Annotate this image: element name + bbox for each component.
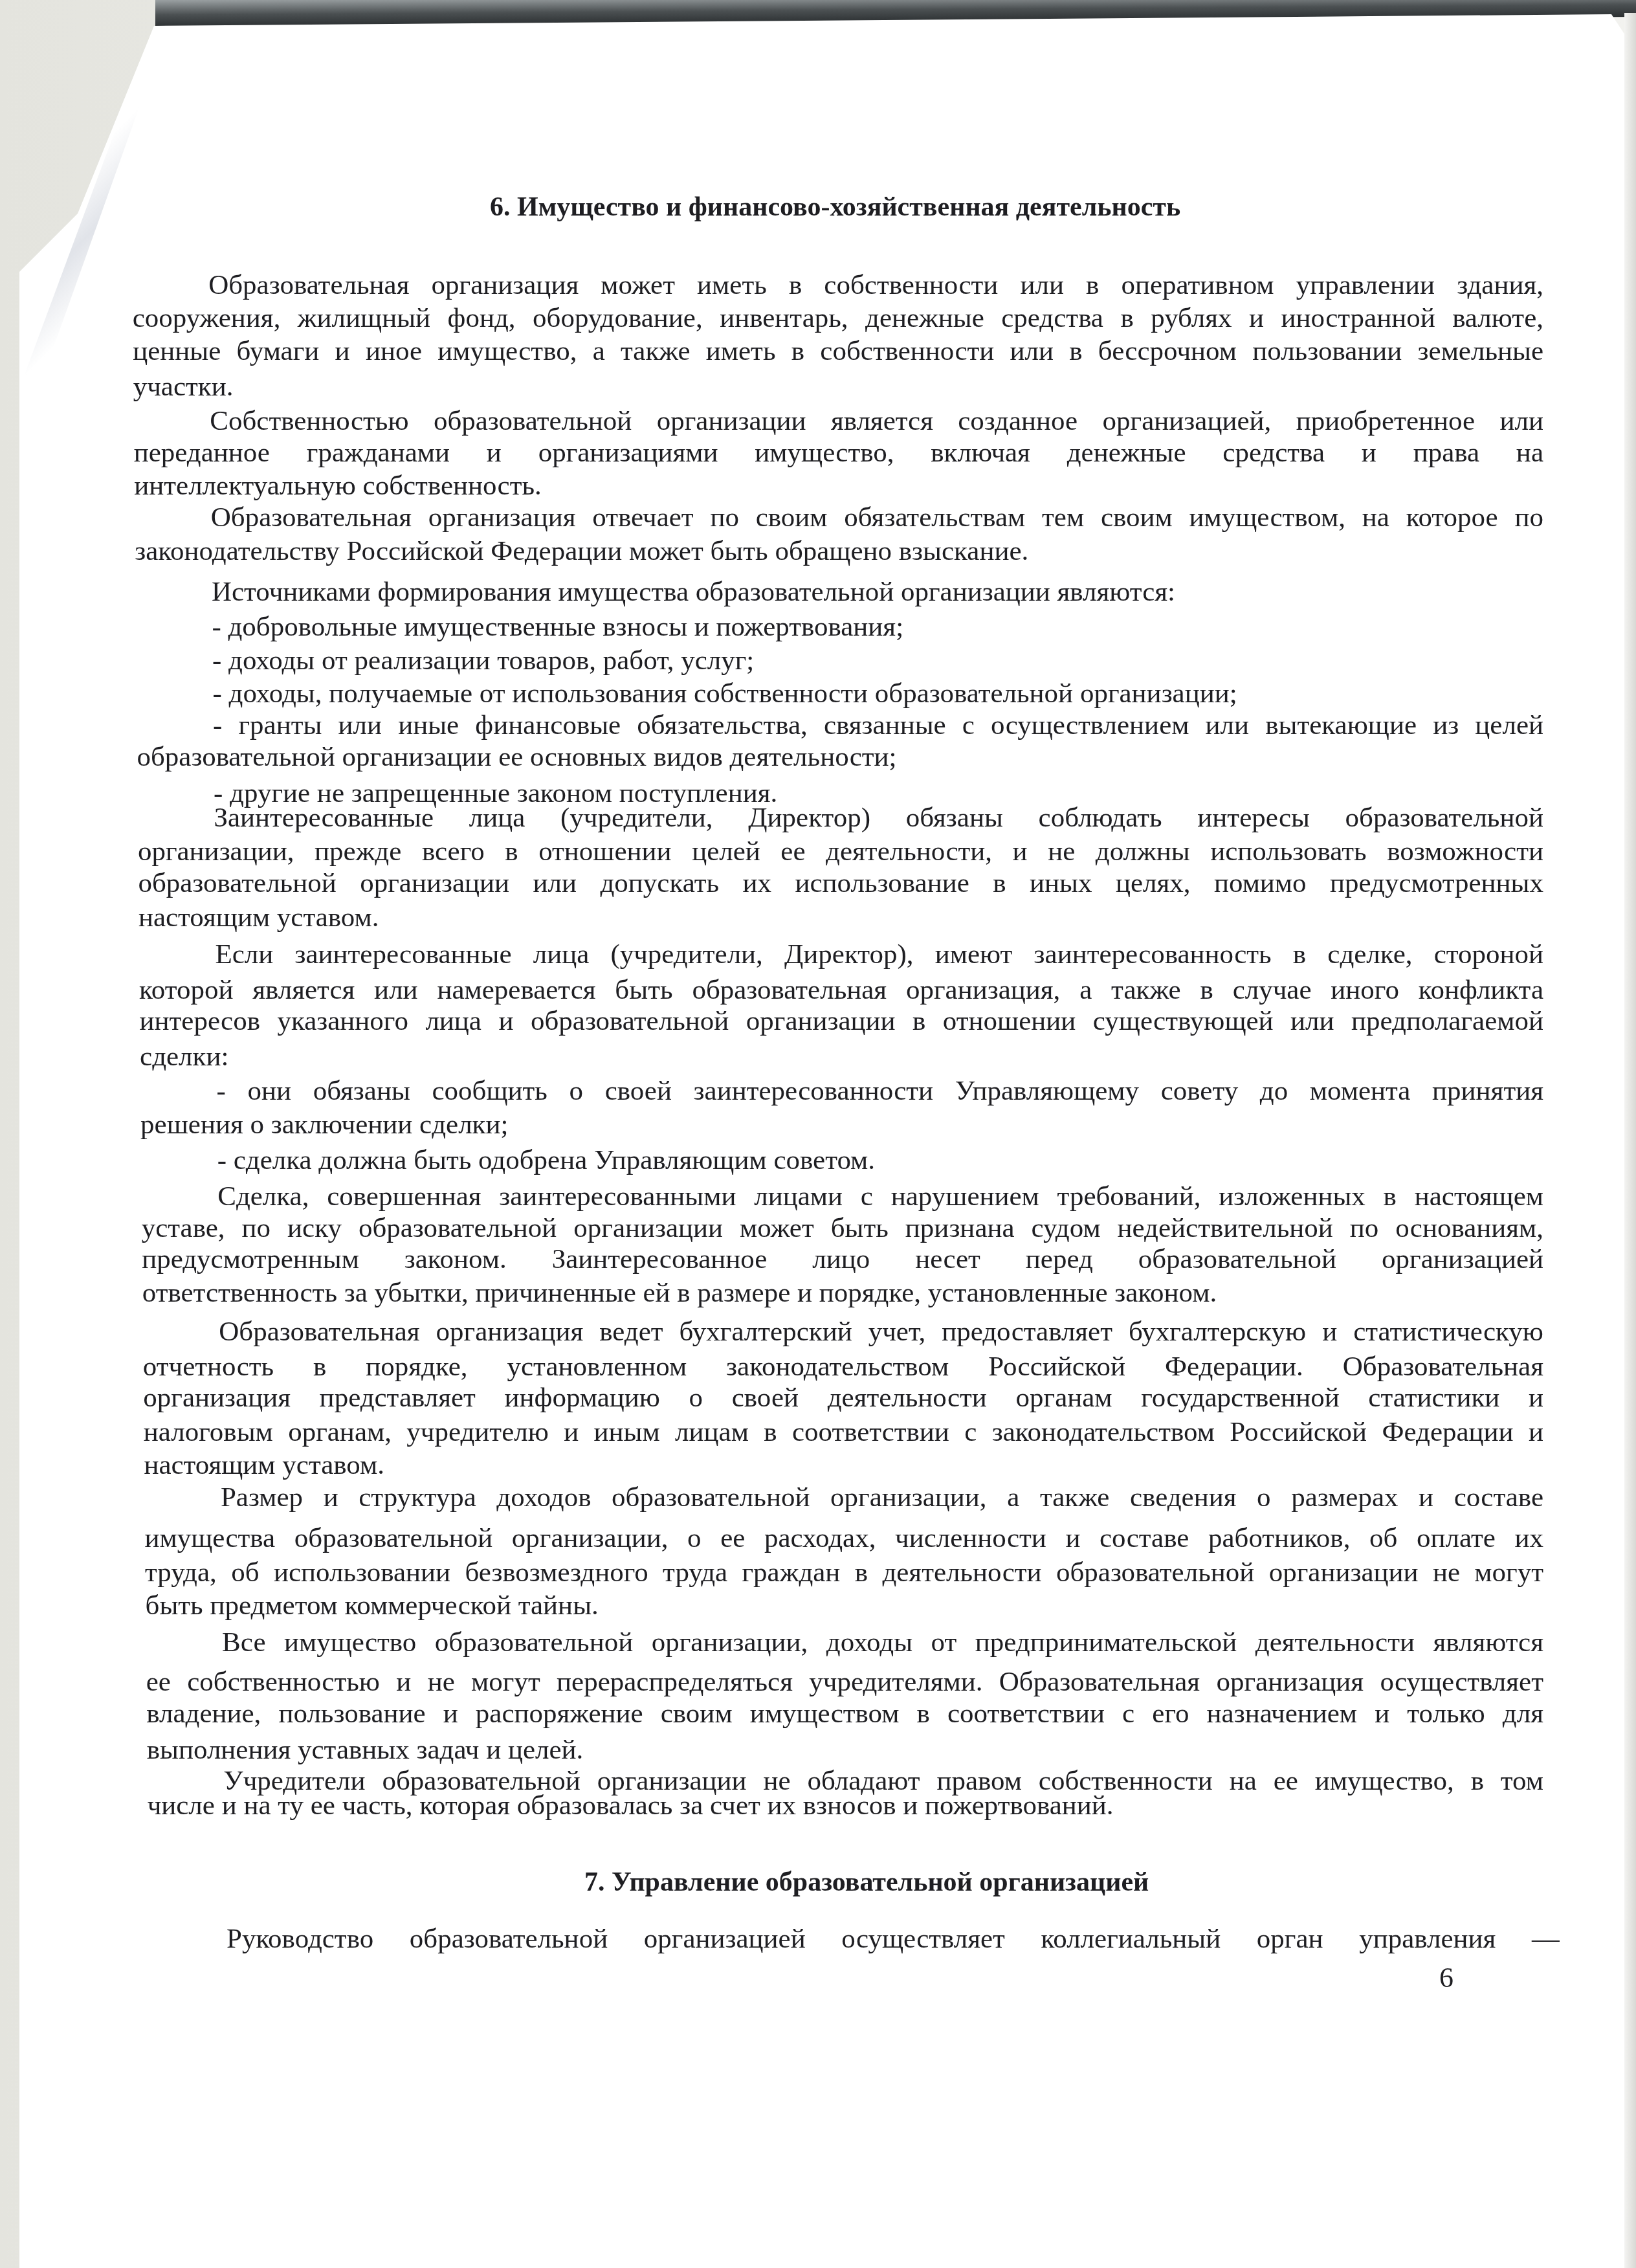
text-line: - доходы, получаемые от использования со… — [212, 677, 1237, 711]
text-line: Если заинтересованные лица (учредители, … — [215, 938, 1543, 972]
section-6-heading: 6. Имущество и финансово-хозяйственная д… — [490, 190, 1180, 224]
text-line: интеллектуальную собственность. — [134, 469, 542, 503]
text-line: - добровольные имущественные взносы и по… — [212, 610, 903, 644]
text-line: организации, прежде всего в отношении це… — [138, 835, 1543, 869]
text-line: законодательству Российской Федерации мо… — [135, 535, 1028, 568]
text-line: предусмотренным законом. Заинтересованно… — [142, 1243, 1543, 1276]
text-line: выполнения уставных задач и целей. — [147, 1733, 584, 1767]
text-line: образовательной организации или допускат… — [138, 867, 1543, 900]
text-line: образовательной организации ее основных … — [137, 740, 896, 774]
text-line: Источниками формирования имущества образ… — [212, 575, 1175, 609]
text-line: быть предметом коммерческой тайны. — [146, 1589, 599, 1623]
text-line: владение, пользование и распоряжение сво… — [146, 1697, 1543, 1731]
text-line: Образовательная организация отвечает по … — [211, 501, 1543, 535]
text-line: - доходы от реализации товаров, работ, у… — [212, 644, 754, 678]
text-line: участки. — [133, 370, 234, 404]
text-line: решения о заключении сделки; — [140, 1108, 508, 1142]
text-line: Все имущество образовательной организаци… — [222, 1626, 1543, 1660]
text-line: числе и на ту ее часть, которая образова… — [148, 1789, 1114, 1823]
text-line: ответственность за убытки, причиненные е… — [142, 1276, 1217, 1310]
text-line: труда, об использовании безвозмездного т… — [145, 1556, 1543, 1590]
text-line: Сделка, совершенная заинтересованными ли… — [217, 1180, 1543, 1214]
text-line: Размер и структура доходов образовательн… — [221, 1481, 1543, 1515]
text-line: Заинтересованные лица (учредители, Дирек… — [214, 801, 1543, 835]
text-line: сделки: — [140, 1040, 228, 1074]
section-7-heading: 7. Управление образовательной организаци… — [584, 1865, 1149, 1899]
text-line: настоящим уставом. — [138, 901, 379, 935]
text-line: налоговым органам, учредителю и иным лиц… — [144, 1416, 1543, 1449]
text-line: настоящим уставом. — [144, 1449, 384, 1482]
page-edge-right — [1624, 13, 1636, 2268]
text-line: Образовательная организация может иметь … — [208, 269, 1543, 302]
text-line: переданное гражданами и организациями им… — [134, 436, 1543, 470]
text-line: интересов указанного лица и образователь… — [140, 1005, 1543, 1038]
text-line: которой является или намеревается быть о… — [139, 973, 1543, 1007]
text-line: сооружения, жилищный фонд, оборудование,… — [133, 302, 1543, 335]
text-line: Собственностью образовательной организац… — [210, 405, 1543, 438]
text-line: - они обязаны сообщить о своей заинтерес… — [217, 1074, 1543, 1108]
page-number: 6 — [1439, 1961, 1454, 1995]
text-line: ценные бумаги и иное имущество, а также … — [133, 335, 1543, 368]
text-line: имущества образовательной организации, о… — [145, 1522, 1543, 1555]
text-line: Руководство образовательной организацией… — [227, 1922, 1560, 1956]
text-line: организация представляет информацию о св… — [143, 1381, 1543, 1415]
text-line: - сделка должна быть одобрена Управляющи… — [217, 1144, 875, 1177]
text-line: - гранты или иные финансовые обязательст… — [213, 709, 1543, 742]
text-line: Образовательная организация ведет бухгал… — [219, 1315, 1543, 1349]
text-line: отчетность в порядке, установленном зако… — [143, 1350, 1543, 1384]
text-line: уставе, по иску образовательной организа… — [142, 1212, 1543, 1245]
text-line: ее собственностью и не могут перераспред… — [146, 1665, 1543, 1699]
